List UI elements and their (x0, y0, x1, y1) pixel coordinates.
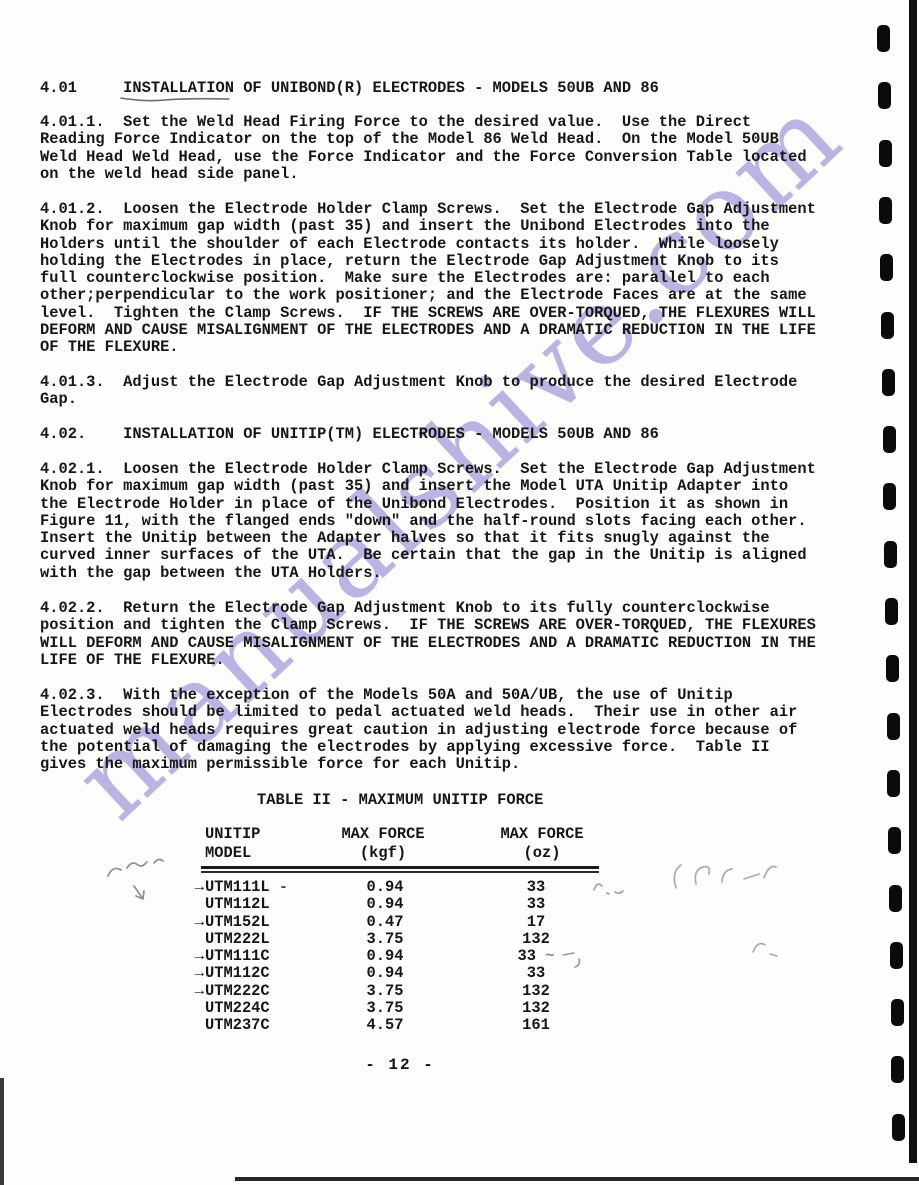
paragraph-4-01-2: 4.01.2. Loosen the Electrode Holder Clam… (40, 201, 816, 357)
paragraph-4-02-1: 4.02.1. Loosen the Electrode Holder Clam… (40, 461, 816, 582)
cell-max-force-kgf: 3.75 (310, 931, 460, 948)
binding-hole (881, 312, 894, 339)
cell-model: UTM112C (205, 965, 310, 982)
cell-model: UTM111C (205, 948, 310, 965)
table-row: UTM224C3.75132 (178, 1000, 612, 1017)
paragraph-4-01-3: 4.01.3. Adjust the Electrode Gap Adjustm… (40, 374, 797, 409)
oz-suffix-mark: ~ (536, 947, 554, 965)
cell-max-force-kgf: 0.94 (310, 879, 460, 896)
cell-max-force-oz: 132 (460, 931, 612, 948)
model-text: UTM222L (205, 930, 270, 948)
table-row: UTM112L0.9433 (178, 896, 612, 913)
table-double-rule (201, 866, 599, 873)
model-text: UTM111L (205, 878, 270, 896)
cell-max-force-oz: 132 (460, 983, 612, 1000)
binding-hole (888, 827, 901, 854)
left-margin-pencil-note (108, 859, 163, 899)
cell-max-force-kgf: 3.75 (310, 983, 460, 1000)
oz-text: 33 (527, 895, 545, 913)
cell-max-force-oz: 33 (460, 896, 612, 913)
model-text: UTM112L (205, 895, 270, 913)
cell-max-force-kgf: 0.94 (310, 896, 460, 913)
oz-text: 132 (522, 982, 550, 1000)
binding-hole (882, 369, 895, 396)
cell-max-force-oz: 132 (460, 1000, 612, 1017)
cell-max-force-oz: 33 (460, 965, 612, 982)
oz-text: 161 (522, 1016, 550, 1034)
table-row: →UTM152L0.4717 (178, 914, 612, 931)
binding-hole (879, 140, 892, 167)
binding-hole (879, 197, 892, 224)
table-row: →UTM111L -0.9433 (178, 879, 612, 896)
cell-max-force-oz: 33 (460, 879, 612, 896)
table-row: →UTM222C3.75132 (178, 983, 612, 1000)
cell-max-force-oz: 17 (460, 914, 612, 931)
paragraph-4-02-2: 4.02.2. Return the Electrode Gap Adjustm… (40, 600, 816, 669)
scan-edge-right (909, 0, 917, 1163)
cell-model: UTM224C (205, 1000, 310, 1017)
table-header-kgf-line2: (kgf) (313, 844, 453, 862)
binding-hole (884, 541, 897, 568)
model-suffix-mark: - (270, 878, 288, 896)
handwritten-arrow: → (178, 914, 205, 931)
cell-max-force-kgf: 0.94 (310, 948, 460, 965)
model-text: UTM152L (205, 913, 270, 931)
cell-max-force-kgf: 4.57 (310, 1017, 460, 1034)
cell-model: UTM237C (205, 1017, 310, 1034)
cell-model: UTM222L (205, 931, 310, 948)
heading-underline-mark (121, 98, 229, 101)
section-heading-4-02: 4.02. INSTALLATION OF UNITIP(TM) ELECTRO… (40, 426, 659, 443)
table-header-oz-line1: MAX FORCE (472, 825, 612, 843)
handwritten-arrow (178, 1017, 205, 1034)
table-row: →UTM111C0.9433 ~ (178, 948, 612, 965)
oz-text: 33 (527, 878, 545, 896)
binding-hole (891, 999, 904, 1026)
cell-max-force-kgf: 0.47 (310, 914, 460, 931)
cell-model: UTM222C (205, 983, 310, 1000)
handwritten-arrow: → (178, 879, 205, 896)
handwritten-arrow: → (178, 983, 205, 1000)
right-pencil-scribble-4 (753, 944, 777, 956)
binding-hole (883, 483, 896, 510)
cell-max-force-kgf: 0.94 (310, 965, 460, 982)
binding-hole (880, 254, 893, 281)
cell-model: UTM112L (205, 896, 310, 913)
binding-hole (889, 885, 902, 912)
cell-model: UTM152L (205, 914, 310, 931)
scanned-manual-page: manualshive.com 4.01 INSTALLATION OF UNI… (0, 0, 919, 1185)
scan-edge-bottom (235, 1177, 919, 1181)
binding-hole (887, 770, 900, 797)
handwritten-arrow: → (178, 948, 205, 965)
right-pencil-scribble-2 (674, 865, 776, 888)
table-row: →UTM112C0.9433 (178, 965, 612, 982)
table-row: UTM237C4.57161 (178, 1017, 612, 1034)
binding-hole (891, 1056, 904, 1083)
oz-text: 132 (522, 999, 550, 1017)
cell-max-force-oz: 33 ~ (460, 948, 612, 965)
handwritten-arrow (178, 931, 205, 948)
oz-text: 33 (518, 947, 536, 965)
table-row: UTM222L3.75132 (178, 931, 612, 948)
cell-model: UTM111L - (205, 879, 310, 896)
binding-hole (877, 25, 890, 52)
oz-text: 33 (527, 964, 545, 982)
binding-hole (878, 82, 891, 109)
model-text: UTM111C (205, 947, 270, 965)
scan-edge-left (0, 1078, 4, 1185)
section-heading-4-01: 4.01 INSTALLATION OF UNIBOND(R) ELECTROD… (40, 80, 659, 97)
table-header-model-line2: MODEL (205, 844, 251, 862)
binding-hole (886, 655, 899, 682)
handwritten-arrow (178, 1000, 205, 1017)
table-header-kgf-line1: MAX FORCE (313, 825, 453, 843)
binding-hole (883, 426, 896, 453)
table-title: TABLE II - MAXIMUM UNITIP FORCE (257, 792, 543, 809)
page-number: - 12 - (300, 1056, 500, 1074)
paragraph-4-02-3: 4.02.3. With the exception of the Models… (40, 687, 797, 773)
binding-hole (890, 942, 903, 969)
model-text: UTM224C (205, 999, 270, 1017)
table-header-oz-line2: (oz) (472, 844, 612, 862)
binding-hole (887, 713, 900, 740)
binding-hole (892, 1114, 905, 1141)
binding-hole (885, 598, 898, 625)
table-rows: →UTM111L -0.9433UTM112L0.9433→UTM152L0.4… (178, 879, 612, 1035)
paragraph-4-01-1: 4.01.1. Set the Weld Head Firing Force t… (40, 114, 807, 183)
oz-text: 17 (527, 913, 545, 931)
cell-max-force-oz: 161 (460, 1017, 612, 1034)
model-text: UTM237C (205, 1016, 270, 1034)
table-header-model-line1: UNITIP (205, 825, 260, 843)
cell-max-force-kgf: 3.75 (310, 1000, 460, 1017)
oz-text: 132 (522, 930, 550, 948)
model-text: UTM112C (205, 964, 270, 982)
handwritten-arrow (178, 896, 205, 913)
handwritten-arrow: → (178, 965, 205, 982)
model-text: UTM222C (205, 982, 270, 1000)
